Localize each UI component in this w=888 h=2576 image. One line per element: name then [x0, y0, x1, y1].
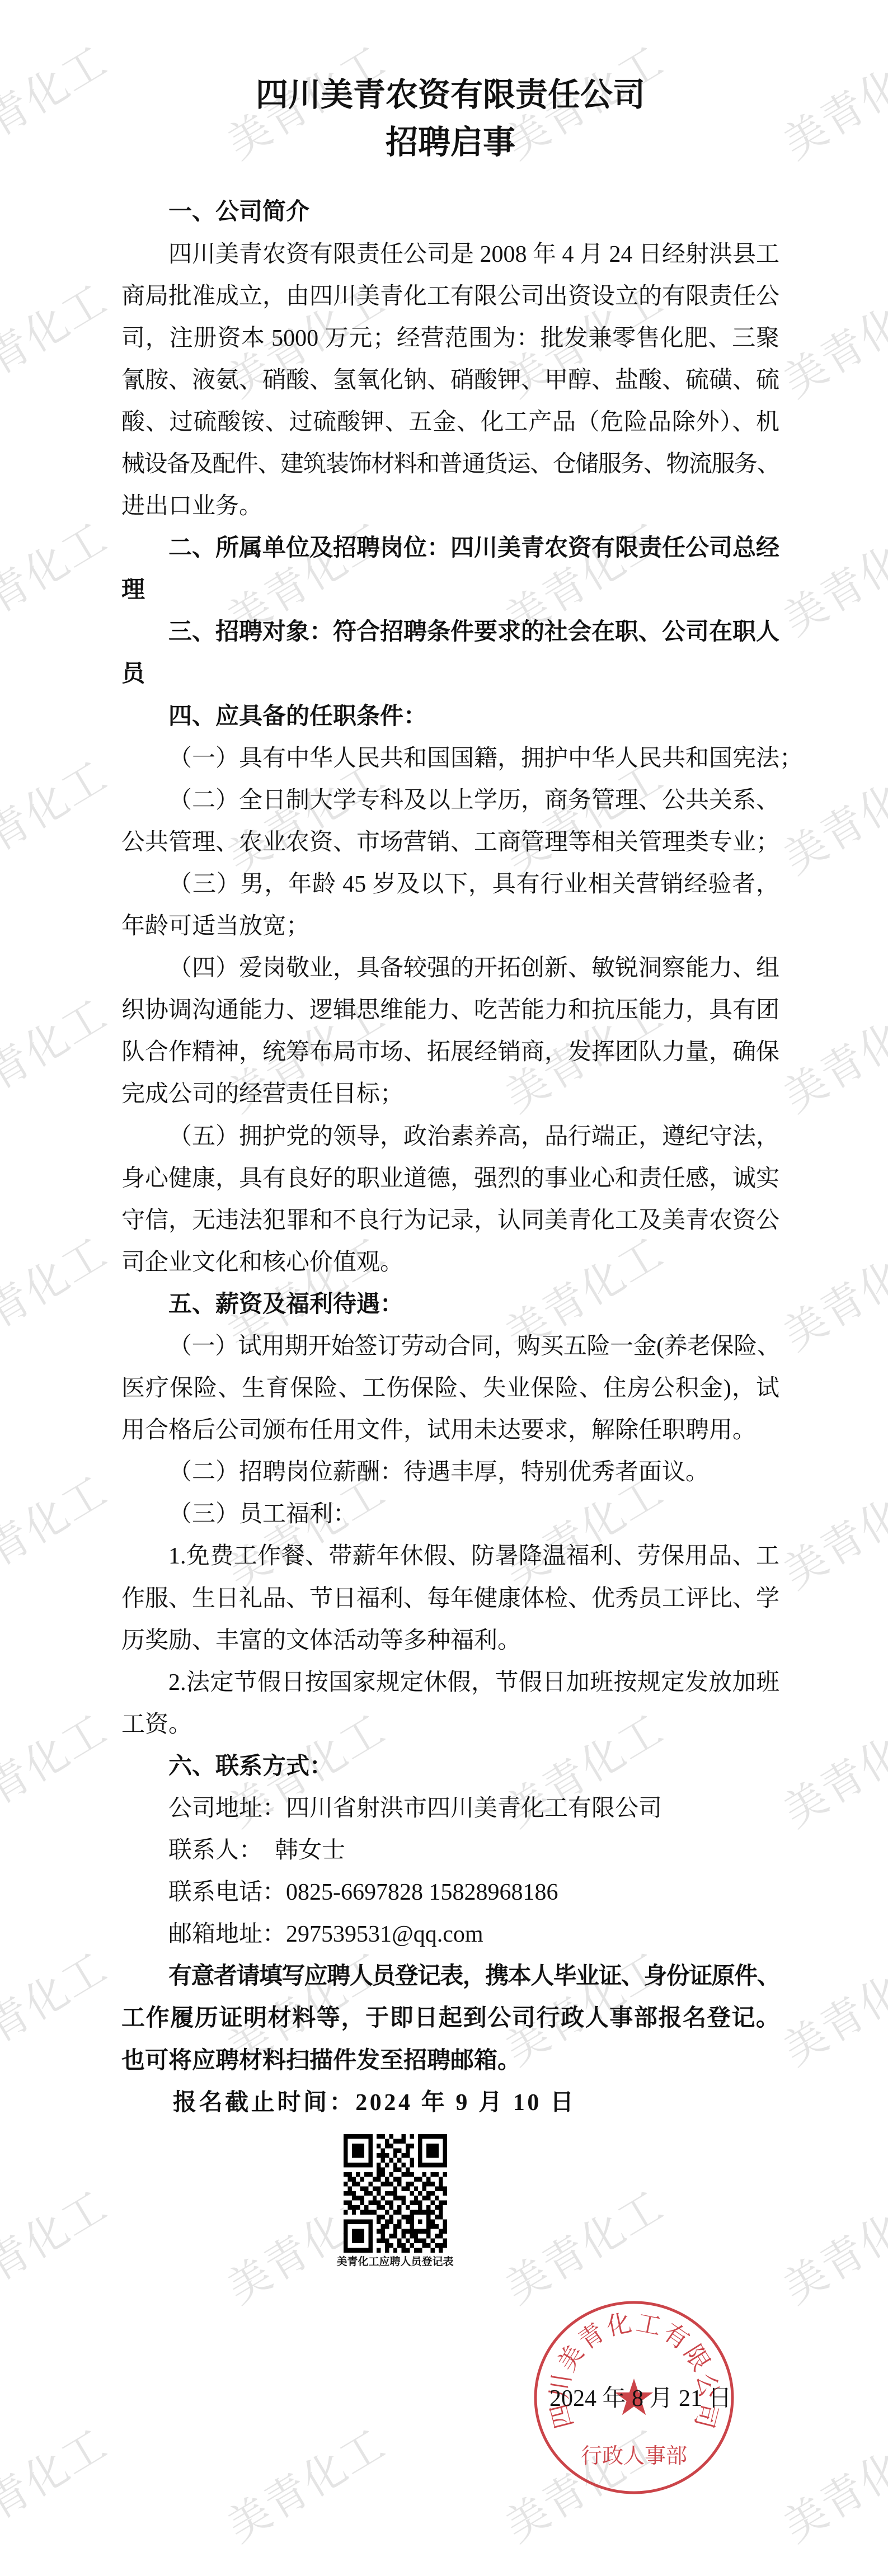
- requirement-item: （三）男，年龄 45 岁及以下，具有行业相关营销经验者，: [121, 864, 779, 906]
- watermark-text: 美青化工: [220, 2422, 392, 2549]
- requirement-item: 公共管理、农业农资、市场营销、工商管理等相关管理类专业；: [121, 822, 779, 864]
- title-company-name: 四川美青农资有限责任公司: [121, 71, 779, 119]
- seal-date: 2024 年 8 月 21 日: [549, 2387, 732, 2410]
- title-notice: 招聘启事: [121, 119, 779, 166]
- section-heading-contact: 六、联系方式：: [121, 1746, 779, 1788]
- watermark-text: 美青化工: [0, 2184, 114, 2310]
- watermark-text: 美青化工: [777, 516, 888, 642]
- benefit-item: 历奖励、丰富的文体活动等多种福利。: [121, 1620, 779, 1662]
- document-body: 一、公司简介 四川美青农资有限责任公司是 2008 年 4 月 24 日经射洪县…: [121, 191, 779, 2123]
- requirement-item: （四）爱岗敬业，具备较强的开拓创新、敏锐洞察能力、组: [121, 948, 779, 990]
- registration-form-qr-code: [344, 2134, 447, 2253]
- requirement-item: （二）全日制大学专科及以上学历，商务管理、公共关系、: [121, 780, 779, 822]
- watermark-text: 美青化工: [0, 2422, 114, 2549]
- requirement-item: 队合作精神，统筹布局市场、拓展经销商，发挥团队力量，确保: [121, 1032, 779, 1073]
- closing-line: 也可将应聘材料扫描件发至招聘邮箱。: [121, 2040, 779, 2082]
- benefit-item: 用合格后公司颁布任用文件，试用未达要求，解除任职聘用。: [121, 1410, 779, 1452]
- intro-line: 司，注册资本 5000 万元；经营范围为：批发兼零售化肥、三聚: [121, 318, 779, 360]
- intro-line: 械设备及配件、建筑装饰材料和普通货运、仓储服务、物流服务、: [121, 444, 779, 486]
- watermark-text: 美青化工: [0, 39, 114, 166]
- contact-address-value: 四川省射洪市四川美青化工有限公司: [286, 1796, 662, 1821]
- watermark-text: 美青化工: [0, 1231, 114, 1357]
- requirement-item: 守信，无违法犯罪和不良行为记录，认同美青化工及美青农资公: [121, 1200, 779, 1242]
- closing-line: 有意者请填写应聘人员登记表，携本人毕业证、身份证原件、: [121, 1956, 779, 1998]
- watermark-text: 美青化工: [0, 992, 114, 1119]
- benefit-item: （二）招聘岗位薪酬：待遇丰厚，特别优秀者面议。: [121, 1452, 779, 1494]
- benefit-item: （三）员工福利：: [121, 1494, 779, 1536]
- watermark-text: 美青化工: [0, 1707, 114, 1834]
- closing-line: 工作履历证明材料等，于即日起到公司行政人事部报名登记。: [121, 1998, 779, 2040]
- deadline-date: 2024 年 9 月 10 日: [355, 2090, 576, 2116]
- contact-email-value: 297539531@qq.com: [286, 1922, 483, 1947]
- contact-address-label: 公司地址：: [168, 1796, 286, 1821]
- section-heading-position: 理: [121, 569, 779, 611]
- intro-line: 酸、过硫酸铵、过硫酸钾、五金、化工产品（危险品除外）、机: [121, 402, 779, 444]
- contact-phone-value: 0825-6697828 15828968186: [286, 1880, 558, 1905]
- watermark-text: 美青化工: [777, 1946, 888, 2072]
- watermark-text: 美青化工: [777, 1231, 888, 1357]
- benefit-item: （一）试用期开始签订劳动合同，购买五险一金(养老保险、: [121, 1326, 779, 1368]
- seal-ring-text: 四川美青化工有限公司: [544, 2309, 723, 2432]
- watermark-text: 美青化工: [777, 1707, 888, 1834]
- contact-email-label: 邮箱地址：: [168, 1922, 286, 1947]
- watermark-text: 美青化工: [0, 516, 114, 642]
- section-heading-company-intro: 一、公司简介: [121, 191, 779, 233]
- recruitment-notice-page: 美青化工 美青化工 美青化工 美青化工 美青化工 美青化工 美青化工 美青化工 …: [0, 0, 888, 2576]
- watermark-text: 美青化工: [777, 2422, 888, 2549]
- seal-department: 行政人事部: [581, 2443, 687, 2468]
- intro-line: 进出口业务。: [121, 486, 779, 528]
- document-title: 四川美青农资有限责任公司 招聘启事: [121, 71, 779, 166]
- application-deadline: 报名截止时间：2024 年 9 月 10 日: [121, 2082, 779, 2124]
- requirement-item: 织协调沟通能力、逻辑思维能力、吃苦能力和抗压能力，具有团: [121, 990, 779, 1032]
- watermark-text: 美青化工: [0, 1469, 114, 1595]
- requirement-item: 身心健康，具有良好的职业道德，强烈的事业心和责任感，诚实: [121, 1158, 779, 1200]
- requirement-item: （五）拥护党的领导，政治素养高，品行端正，遵纪守法，: [121, 1116, 779, 1158]
- requirement-item: 年龄可适当放宽；: [121, 906, 779, 948]
- section-heading-salary-benefits: 五、薪资及福利待遇：: [121, 1284, 779, 1326]
- requirement-item: 完成公司的经营责任目标；: [121, 1073, 779, 1115]
- intro-line: 商局批准成立，由四川美青化工有限公司出资设立的有限责任公: [121, 276, 779, 318]
- watermark-text: 美青化工: [777, 2184, 888, 2310]
- contact-phone: 联系电话：0825-6697828 15828968186: [121, 1872, 779, 1914]
- benefit-item: 作服、生日礼品、节日福利、每年健康体检、优秀员工评比、学: [121, 1578, 779, 1620]
- benefit-item: 2.法定节假日按国家规定休假，节假日加班按规定发放加班: [121, 1662, 779, 1704]
- seal-company-name: 四川美青化工有限公司: [544, 2309, 723, 2432]
- requirement-item: 司企业文化和核心价值观。: [121, 1242, 779, 1284]
- watermark-text: 美青化工: [777, 39, 888, 166]
- watermark-text: 美青化工: [499, 2184, 670, 2310]
- qr-code-caption: 美青化工应聘人员登记表: [333, 2255, 457, 2268]
- watermark-text: 美青化工: [777, 277, 888, 404]
- section-heading-target: 三、招聘对象：符合招聘条件要求的社会在职、公司在职人: [121, 611, 779, 653]
- intro-line: 四川美青农资有限责任公司是 2008 年 4 月 24 日经射洪县工: [121, 234, 779, 276]
- requirement-item: （一）具有中华人民共和国国籍，拥护中华人民共和国宪法；: [121, 738, 779, 780]
- contact-person-value: 韩女士: [275, 1838, 345, 1863]
- contact-address: 公司地址：四川省射洪市四川美青化工有限公司: [121, 1788, 779, 1830]
- section-heading-target: 员: [121, 653, 779, 695]
- section-heading-position: 二、所属单位及招聘岗位：四川美青农资有限责任公司总经: [121, 528, 779, 569]
- contact-phone-label: 联系电话：: [168, 1880, 286, 1905]
- deadline-label: 报名截止时间：: [173, 2090, 355, 2116]
- benefit-item: 工资。: [121, 1704, 779, 1746]
- section-heading-requirements: 四、应具备的任职条件：: [121, 696, 779, 738]
- qr-code-icon: [344, 2134, 447, 2253]
- watermark-text: 美青化工: [777, 992, 888, 1119]
- benefit-item: 1.免费工作餐、带薪年休假、防暑降温福利、劳保用品、工: [121, 1536, 779, 1577]
- contact-person-label: 联系人：: [168, 1838, 262, 1863]
- contact-person: 联系人：韩女士: [121, 1830, 779, 1872]
- intro-line: 氰胺、液氨、硝酸、氢氧化钠、硝酸钾、甲醇、盐酸、硫磺、硫: [121, 360, 779, 402]
- contact-email: 邮箱地址：297539531@qq.com: [121, 1914, 779, 1956]
- watermark-text: 美青化工: [0, 754, 114, 880]
- benefit-item: 医疗保险、生育保险、工伤保险、失业保险、住房公积金)，试: [121, 1368, 779, 1410]
- watermark-text: 美青化工: [0, 277, 114, 404]
- watermark-text: 美青化工: [777, 1469, 888, 1595]
- watermark-text: 美青化工: [0, 1946, 114, 2072]
